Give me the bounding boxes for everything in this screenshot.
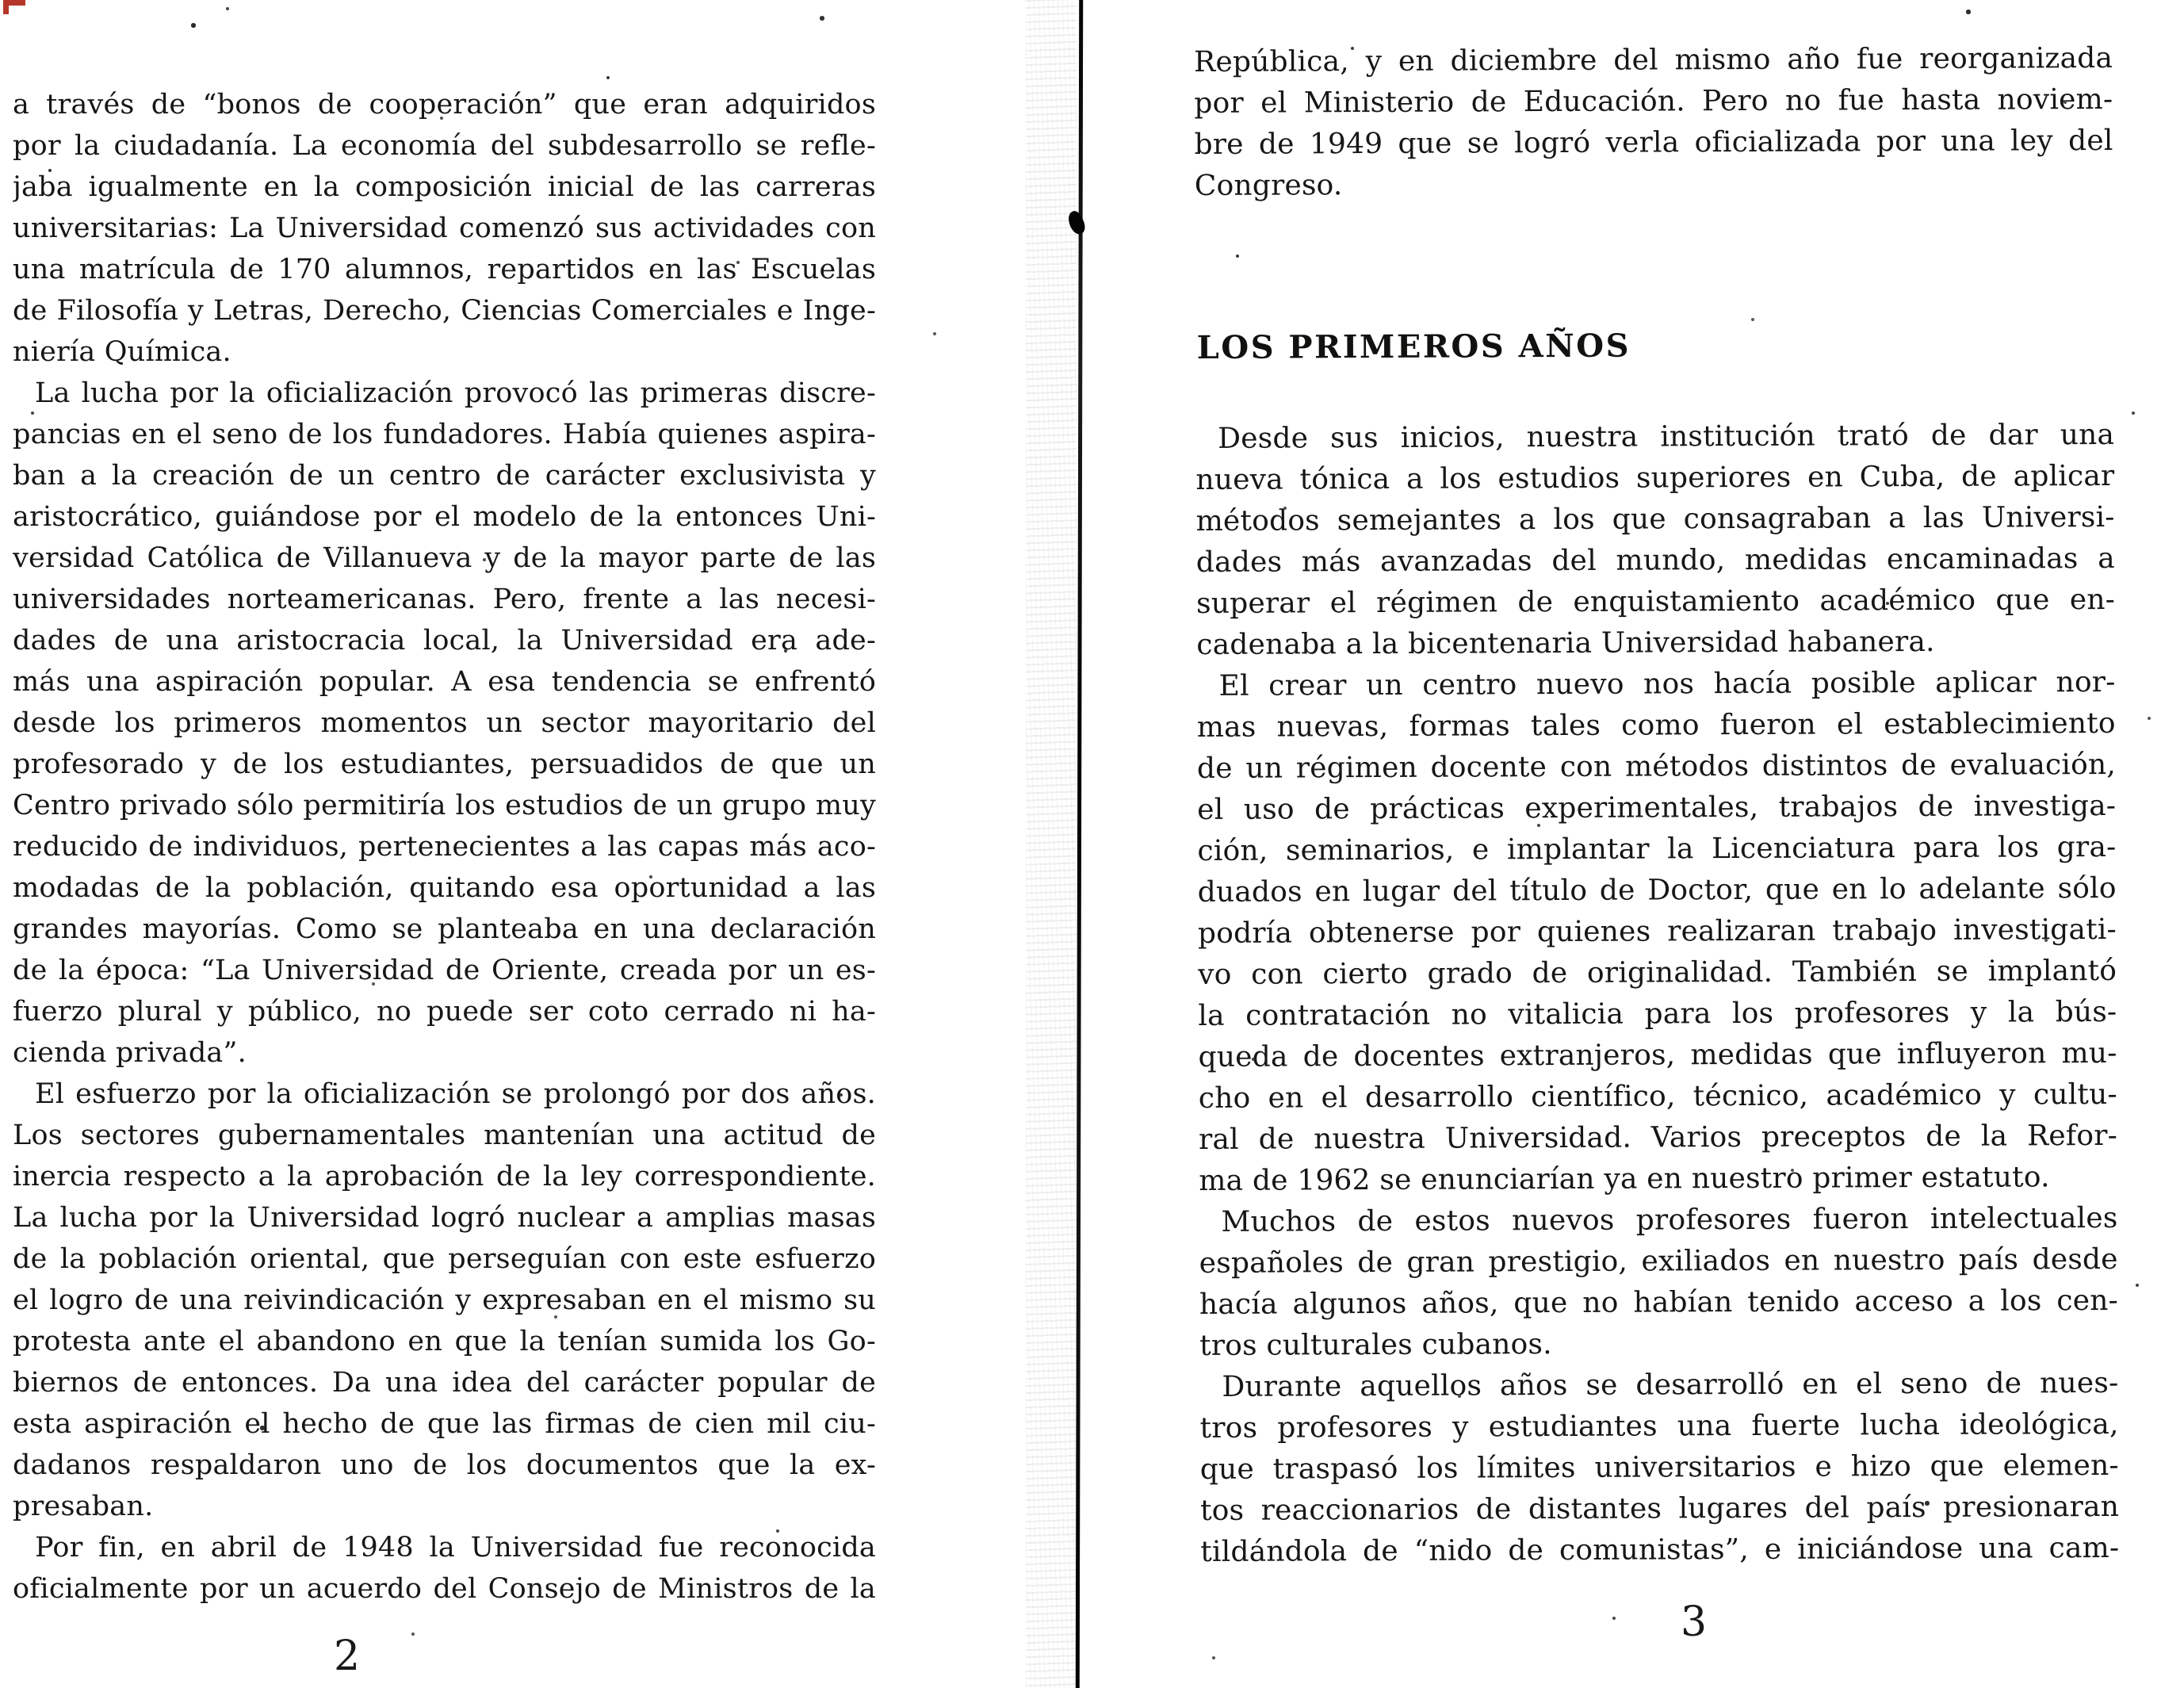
text-line: desde los primeros momentos un sector ma… (13, 702, 876, 744)
text-line: de Filosofía y Letras, Derecho, Ciencias… (13, 290, 876, 331)
right-page-number: 3 (1681, 1602, 1707, 1643)
scan-noise (0, 0, 2, 2)
text-line: jaba igualmente en la composición inicia… (13, 167, 876, 208)
right-page-body-text: Desde sus inicios, nuestra institución t… (1195, 415, 2119, 1573)
text-line: mas nuevas, formas tales como fueron el … (1197, 703, 2116, 748)
section-heading: LOS PRIMEROS AÑOS (1197, 326, 1631, 369)
text-line: hacía algunos años, que no habían tenido… (1199, 1280, 2118, 1326)
binding-line (1076, 0, 1083, 1688)
text-line: oficialmente por un acuerdo del Consejo … (13, 1568, 876, 1610)
text-line: esta aspiración el hecho de que las firm… (13, 1403, 876, 1445)
text-line: vo con cierto grado de originalidad. Tam… (1198, 951, 2117, 996)
text-line: tros culturales cubanos. (1199, 1322, 2118, 1367)
text-line: fuerzo plural y público, no puede ser co… (13, 991, 876, 1032)
text-line: modadas de la población, quitando esa op… (13, 867, 876, 909)
text-line: niería Química. (13, 331, 876, 373)
text-line: aristocrático, guiándose por el modelo d… (13, 496, 876, 538)
binding-gutter (1026, 0, 1077, 1688)
text-line: profesorado y de los estudiantes, persua… (13, 744, 876, 785)
text-line: ma de 1962 se enunciarían ya en nuestro … (1199, 1157, 2117, 1202)
text-line: queda de docentes extranjeros, medidas q… (1198, 1033, 2117, 1078)
left-page-number: 2 (334, 1636, 360, 1677)
left-page-text: a través de “bonos de cooperación” que e… (13, 84, 876, 1610)
text-line: de un régimen docente con métodos distin… (1197, 744, 2116, 790)
text-line: Centro privado sólo permitiría los estud… (13, 785, 876, 826)
text-line: universidades norteamericanas. Pero, fre… (13, 579, 876, 620)
text-line: el logro de una reivindicación y expresa… (13, 1280, 876, 1321)
text-line: Por fin, en abril de 1948 la Universidad… (13, 1527, 876, 1568)
text-line: cho en el desarrollo científico, técnico… (1199, 1074, 2117, 1120)
text-line: ban a la creación de un centro de caráct… (13, 455, 876, 496)
text-line: ción, seminarios, e implantar la Licenci… (1197, 827, 2116, 872)
text-line: de la época: “La Universidad de Oriente,… (13, 950, 876, 991)
text-line: métodos semejantes a los que consagraban… (1196, 497, 2115, 542)
text-line: grandes mayorías. Como se planteaba en u… (13, 909, 876, 950)
text-line: por el Ministerio de Educación. Pero no … (1194, 79, 2113, 124)
text-line: presaban. (13, 1486, 876, 1527)
text-line: República, y en diciembre del mismo año … (1194, 38, 2113, 83)
right-page: República, y en diciembre del mismo año … (1194, 38, 2120, 1628)
text-line: superar el régimen de enquistamiento aca… (1196, 580, 2115, 625)
text-line: una matrícula de 170 alumnos, repartidos… (13, 249, 876, 290)
text-line: biernos de entonces. Da una idea del car… (13, 1362, 876, 1403)
text-line: protesta ante el abandono en que la tení… (13, 1321, 876, 1362)
text-line: La lucha por la Universidad logró nuclea… (13, 1197, 876, 1238)
text-line: cienda privada”. (13, 1032, 876, 1074)
text-line: Muchos de estos nuevos profesores fueron… (1199, 1198, 2117, 1243)
text-line: de la población oriental, que perseguían… (13, 1238, 876, 1280)
text-line: Durante aquellos años se desarrolló en e… (1199, 1363, 2118, 1408)
text-line: españoles de gran prestigio, exiliados e… (1199, 1239, 2118, 1284)
text-line: por la ciudadanía. La economía del subde… (13, 125, 876, 167)
left-page: a través de “bonos de cooperación” que e… (13, 84, 876, 1610)
text-line: El crear un centro nuevo nos hacía posib… (1196, 662, 2115, 707)
text-line: universitarias: La Universidad comenzó s… (13, 208, 876, 249)
text-line: que traspasó los límites universitarios … (1200, 1445, 2119, 1491)
scan-corner-mark (3, 0, 25, 6)
text-line: dadanos respaldaron uno de los documento… (13, 1445, 876, 1486)
text-line: cadenaba a la bicentenaria Universidad h… (1196, 621, 2115, 666)
text-line: duados en lugar del título de Doctor, qu… (1198, 868, 2117, 913)
text-line: El esfuerzo por la oficialización se pro… (13, 1074, 876, 1115)
text-line: Desde sus inicios, nuestra institución t… (1195, 415, 2114, 460)
text-line: tos reaccionarios de distantes lugares d… (1200, 1487, 2119, 1532)
text-line: La lucha por la oficialización provocó l… (13, 373, 876, 414)
text-line: más una aspiración popular. A esa tenden… (13, 661, 876, 702)
text-line: el uso de prácticas experimentales, trab… (1197, 786, 2116, 831)
text-line: versidad Católica de Villanueva y de la … (13, 538, 876, 579)
text-line: dades de una aristocracia local, la Univ… (13, 620, 876, 661)
text-line: Congreso. (1195, 162, 2113, 207)
text-line: Los sectores gubernamentales mantenían u… (13, 1115, 876, 1156)
text-line: la contratación no vitalicia para los pr… (1198, 992, 2117, 1037)
text-line: ral de nuestra Universidad. Varios prece… (1199, 1116, 2117, 1161)
text-line: bre de 1949 que se logró verla oficializ… (1194, 121, 2113, 166)
text-line: nueva tónica a los estudios superiores e… (1195, 456, 2114, 501)
text-line: pancias en el seno de los fundadores. Ha… (13, 414, 876, 455)
right-page-intro-text: República, y en diciembre del mismo año … (1194, 38, 2113, 207)
text-line: tildándola de “nido de comunistas”, e in… (1200, 1528, 2119, 1573)
text-line: podría obtenerse por quienes realizaran … (1198, 909, 2117, 955)
text-line: reducido de individuos, pertenecientes a… (13, 826, 876, 867)
text-line: inercia respecto a la aprobación de la l… (13, 1156, 876, 1197)
text-line: dades más avanzadas del mundo, medidas e… (1196, 538, 2115, 584)
text-line: a través de “bonos de cooperación” que e… (13, 84, 876, 125)
text-line: tros profesores y estudiantes una fuerte… (1200, 1404, 2119, 1449)
